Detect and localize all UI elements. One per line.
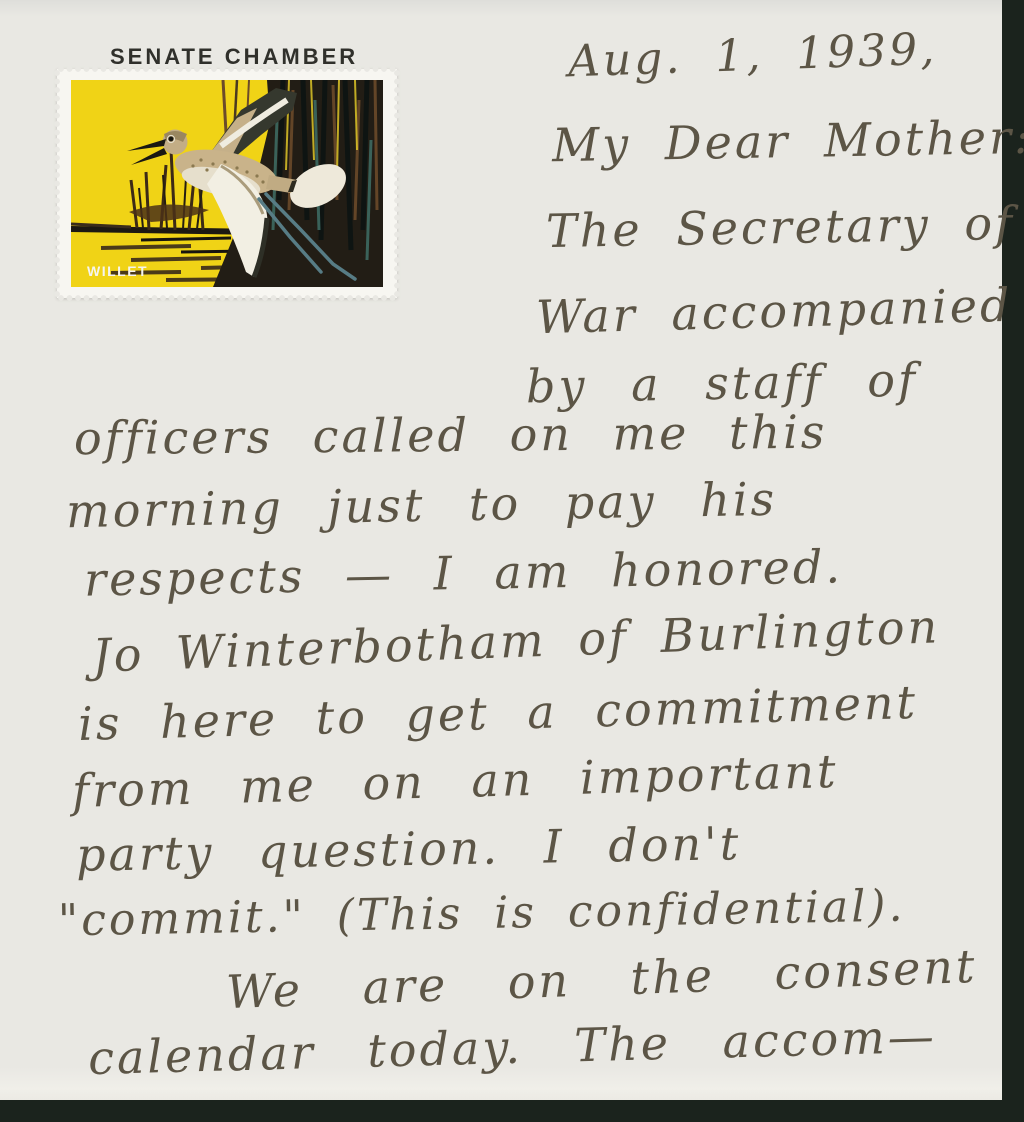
stamp-caption: WILLET [87,263,148,279]
scanned-letter: SENATE CHAMBER [0,0,1024,1122]
handwritten-line: The Secretary of [546,200,1016,254]
letter-date: Aug. 1, 1939, [567,28,937,85]
scan-background-edge-right [1002,0,1024,1122]
handwritten-line: party question. I don't [76,820,742,878]
handwritten-line: morning just to pay his [66,476,778,534]
willet-stamp: WILLET [57,69,397,298]
letterhead-title: SENATE CHAMBER [110,44,358,70]
handwritten-line: respects — I am honored. [84,543,844,602]
scan-background-edge-bottom [0,1100,1024,1122]
handwritten-line: War accompanied [535,282,1013,340]
handwritten-line: by a staff of [526,357,919,410]
letter-salutation: My Dear Mother: [552,114,1024,168]
handwritten-line: officers called on me this [74,409,828,462]
willet-stamp-illustration: WILLET [71,80,383,287]
